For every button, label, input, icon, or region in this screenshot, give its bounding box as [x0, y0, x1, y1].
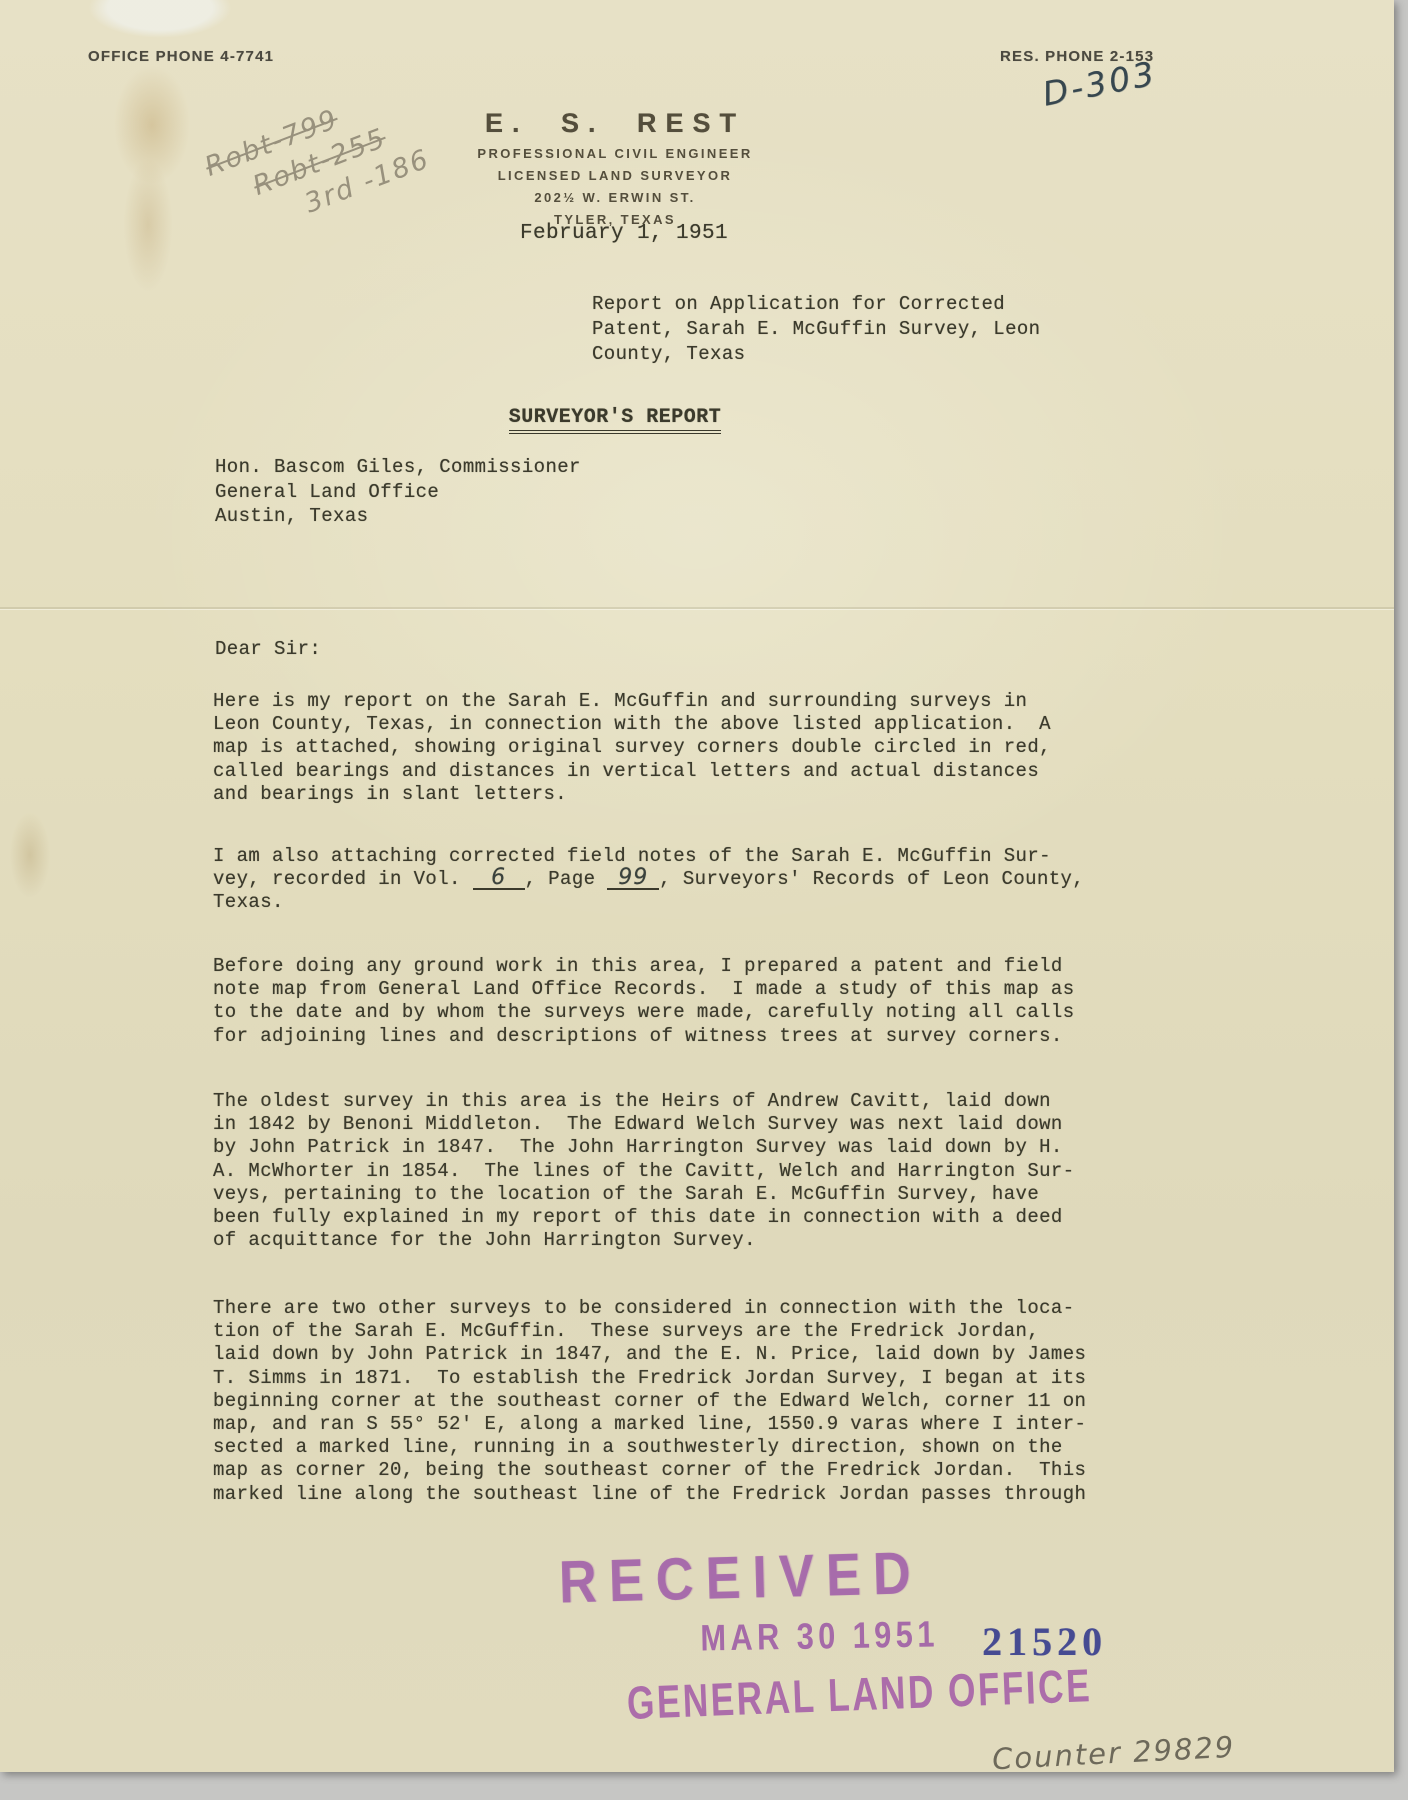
office-phone: OFFICE PHONE 4-7741	[88, 48, 274, 65]
recipient-address: Hon. Bascom Giles, Commissioner General …	[215, 455, 581, 529]
paper-sheet: OFFICE PHONE 4-7741 RES. PHONE 2-153 D-3…	[0, 0, 1394, 1772]
paragraph-2: I am also attaching corrected field note…	[213, 845, 1084, 915]
handwritten-volume: 6	[491, 865, 506, 890]
subject-block: Report on Application for Corrected Pate…	[592, 292, 1040, 367]
letter-date: February 1, 1951	[520, 222, 728, 245]
received-date-stamp: MAR 30 1951	[700, 1614, 939, 1660]
letterhead-title-surveyor: LICENSED LAND SURVEYOR	[365, 168, 865, 183]
letterhead-street: 202½ W. ERWIN ST.	[365, 190, 865, 205]
paragraph-4: The oldest survey in this area is the He…	[213, 1090, 1075, 1252]
general-land-office-stamp: GENERAL LAND OFFICE	[626, 1660, 1093, 1731]
paragraph-1: Here is my report on the Sarah E. McGuff…	[213, 690, 1051, 806]
paragraph-5: There are two other surveys to be consid…	[213, 1297, 1086, 1506]
letterhead-title-engineer: PROFESSIONAL CIVIL ENGINEER	[365, 146, 865, 161]
report-heading-wrap: SURVEYOR'S REPORT	[0, 406, 1230, 434]
report-heading: SURVEYOR'S REPORT	[509, 406, 722, 434]
handwritten-counter-number: Counter 29829	[991, 1730, 1236, 1777]
received-stamp: RECEIVED	[558, 1538, 923, 1617]
scanned-letter-page: { "header": { "office_phone": "OFFICE PH…	[0, 0, 1408, 1800]
fold-crease	[0, 607, 1394, 609]
file-number-stamp: 21520	[982, 1618, 1107, 1665]
paragraph-2-text: , Page	[525, 868, 608, 890]
volume-blank: 6	[473, 869, 525, 890]
handwritten-page: 99	[618, 865, 648, 890]
page-blank: 99	[607, 869, 659, 890]
salutation: Dear Sir:	[215, 638, 321, 661]
letterhead: E. S. REST PROFESSIONAL CIVIL ENGINEER L…	[365, 108, 865, 227]
letterhead-name: E. S. REST	[365, 108, 865, 139]
paragraph-3: Before doing any ground work in this are…	[213, 955, 1075, 1048]
